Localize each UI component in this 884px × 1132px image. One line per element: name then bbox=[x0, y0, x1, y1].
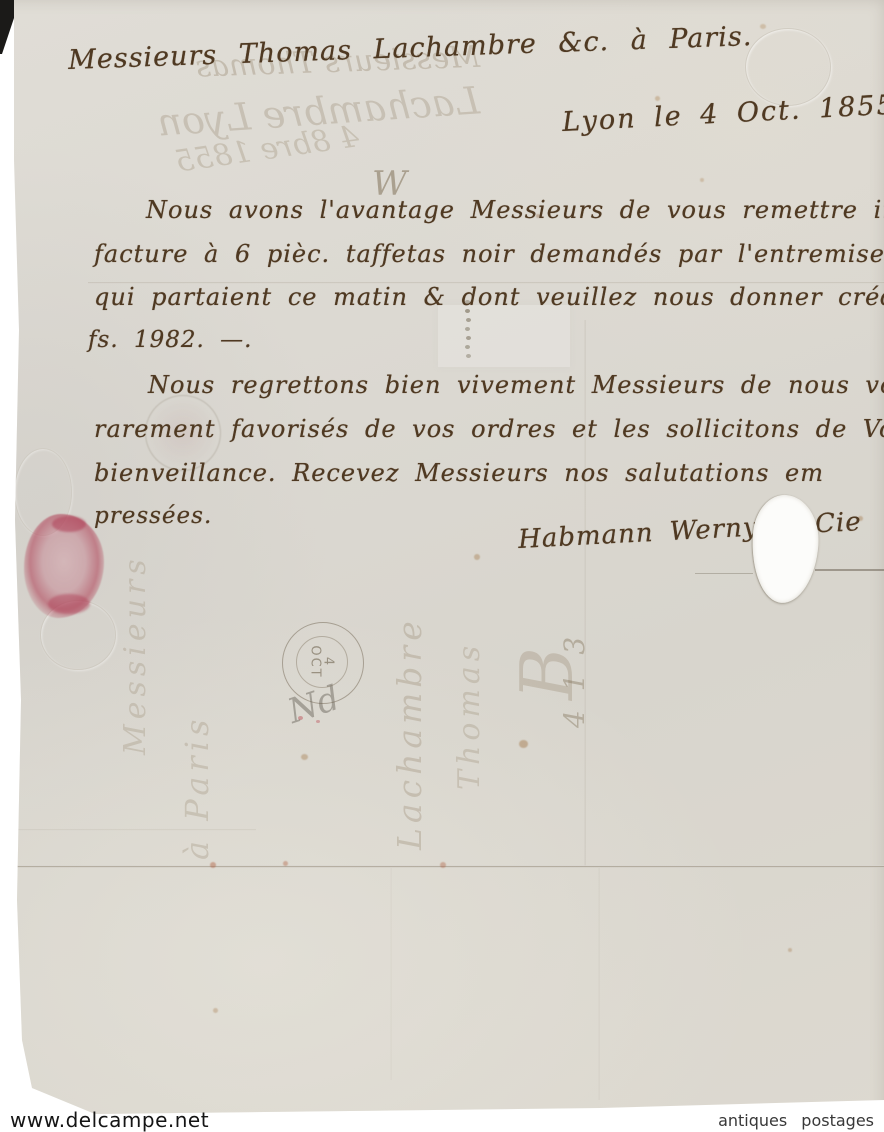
foxing-spot bbox=[440, 862, 446, 868]
showthrough-column: Lachambre bbox=[390, 575, 429, 850]
showthrough-column: à Paris bbox=[178, 595, 216, 860]
showthrough-column: Thomas bbox=[452, 565, 487, 790]
postmark-circle: 4 OCT bbox=[282, 622, 364, 704]
tape-patch bbox=[438, 305, 570, 367]
body-line: bienveillance. Recevez Messieurs nos sal… bbox=[94, 459, 824, 487]
dateline: Lyon le 4 Oct. 1855. bbox=[561, 89, 884, 138]
crease-line bbox=[695, 573, 753, 574]
foxing-spot bbox=[655, 96, 660, 101]
perforation-dot bbox=[465, 327, 470, 331]
watermark-delcampe: www.delcampe.net bbox=[10, 1108, 209, 1132]
showthrough-column: 4 1 3 bbox=[558, 588, 591, 728]
fold-crease-horizontal bbox=[14, 865, 884, 868]
perforation-dot bbox=[466, 336, 471, 340]
crease-line bbox=[815, 569, 884, 571]
fold-crease-vertical bbox=[598, 868, 600, 1100]
foxing-spot bbox=[788, 948, 792, 952]
perforation-dot bbox=[466, 318, 471, 322]
postmark-inner-circle: 4 OCT bbox=[296, 636, 348, 688]
red-ink-speck bbox=[298, 716, 303, 720]
crease-line bbox=[16, 828, 256, 831]
perforation-dot bbox=[466, 354, 471, 358]
body-line: qui partaient ce matin & dont veuillez n… bbox=[94, 283, 884, 311]
foxing-spot bbox=[283, 861, 288, 866]
body-line: Nous avons l'avantage Messieurs de vous … bbox=[146, 196, 884, 224]
foxing-spot bbox=[301, 754, 308, 760]
letter-photo: Messieurs Thomas Lachambre Lyon 4 8bre 1… bbox=[0, 0, 884, 1132]
postmark-day: 4 bbox=[322, 645, 335, 678]
red-ink-speck bbox=[316, 720, 320, 723]
letter-paper: Messieurs Thomas Lachambre Lyon 4 8bre 1… bbox=[0, 0, 884, 1132]
body-line: facture à 6 pièc. taffetas noir demandés… bbox=[94, 240, 884, 268]
wax-seal-fragment bbox=[48, 594, 90, 614]
fold-crease-vertical bbox=[390, 868, 392, 1080]
body-line: pressées. bbox=[94, 503, 212, 529]
foxing-spot bbox=[474, 554, 480, 560]
amount-line: fs. 1982. —. bbox=[88, 327, 252, 353]
body-line: Nous regrettons bien vivement Messieurs … bbox=[148, 371, 884, 399]
foxing-spot bbox=[210, 862, 216, 868]
showthrough-column: Messieurs bbox=[118, 555, 153, 755]
watermark-antiques-postages: antiques postages bbox=[718, 1111, 874, 1130]
postmark-month: OCT bbox=[309, 645, 322, 678]
body-line: rarement favorisés de vos ordres et les … bbox=[94, 415, 884, 443]
postmark-date: 4 OCT bbox=[309, 645, 335, 678]
wax-seal-fragment bbox=[52, 516, 86, 532]
foxing-spot bbox=[700, 178, 704, 182]
foxing-spot bbox=[760, 24, 766, 29]
foxing-spot bbox=[519, 740, 528, 748]
foxing-spot bbox=[213, 1008, 218, 1013]
perforation-dot bbox=[465, 345, 470, 349]
